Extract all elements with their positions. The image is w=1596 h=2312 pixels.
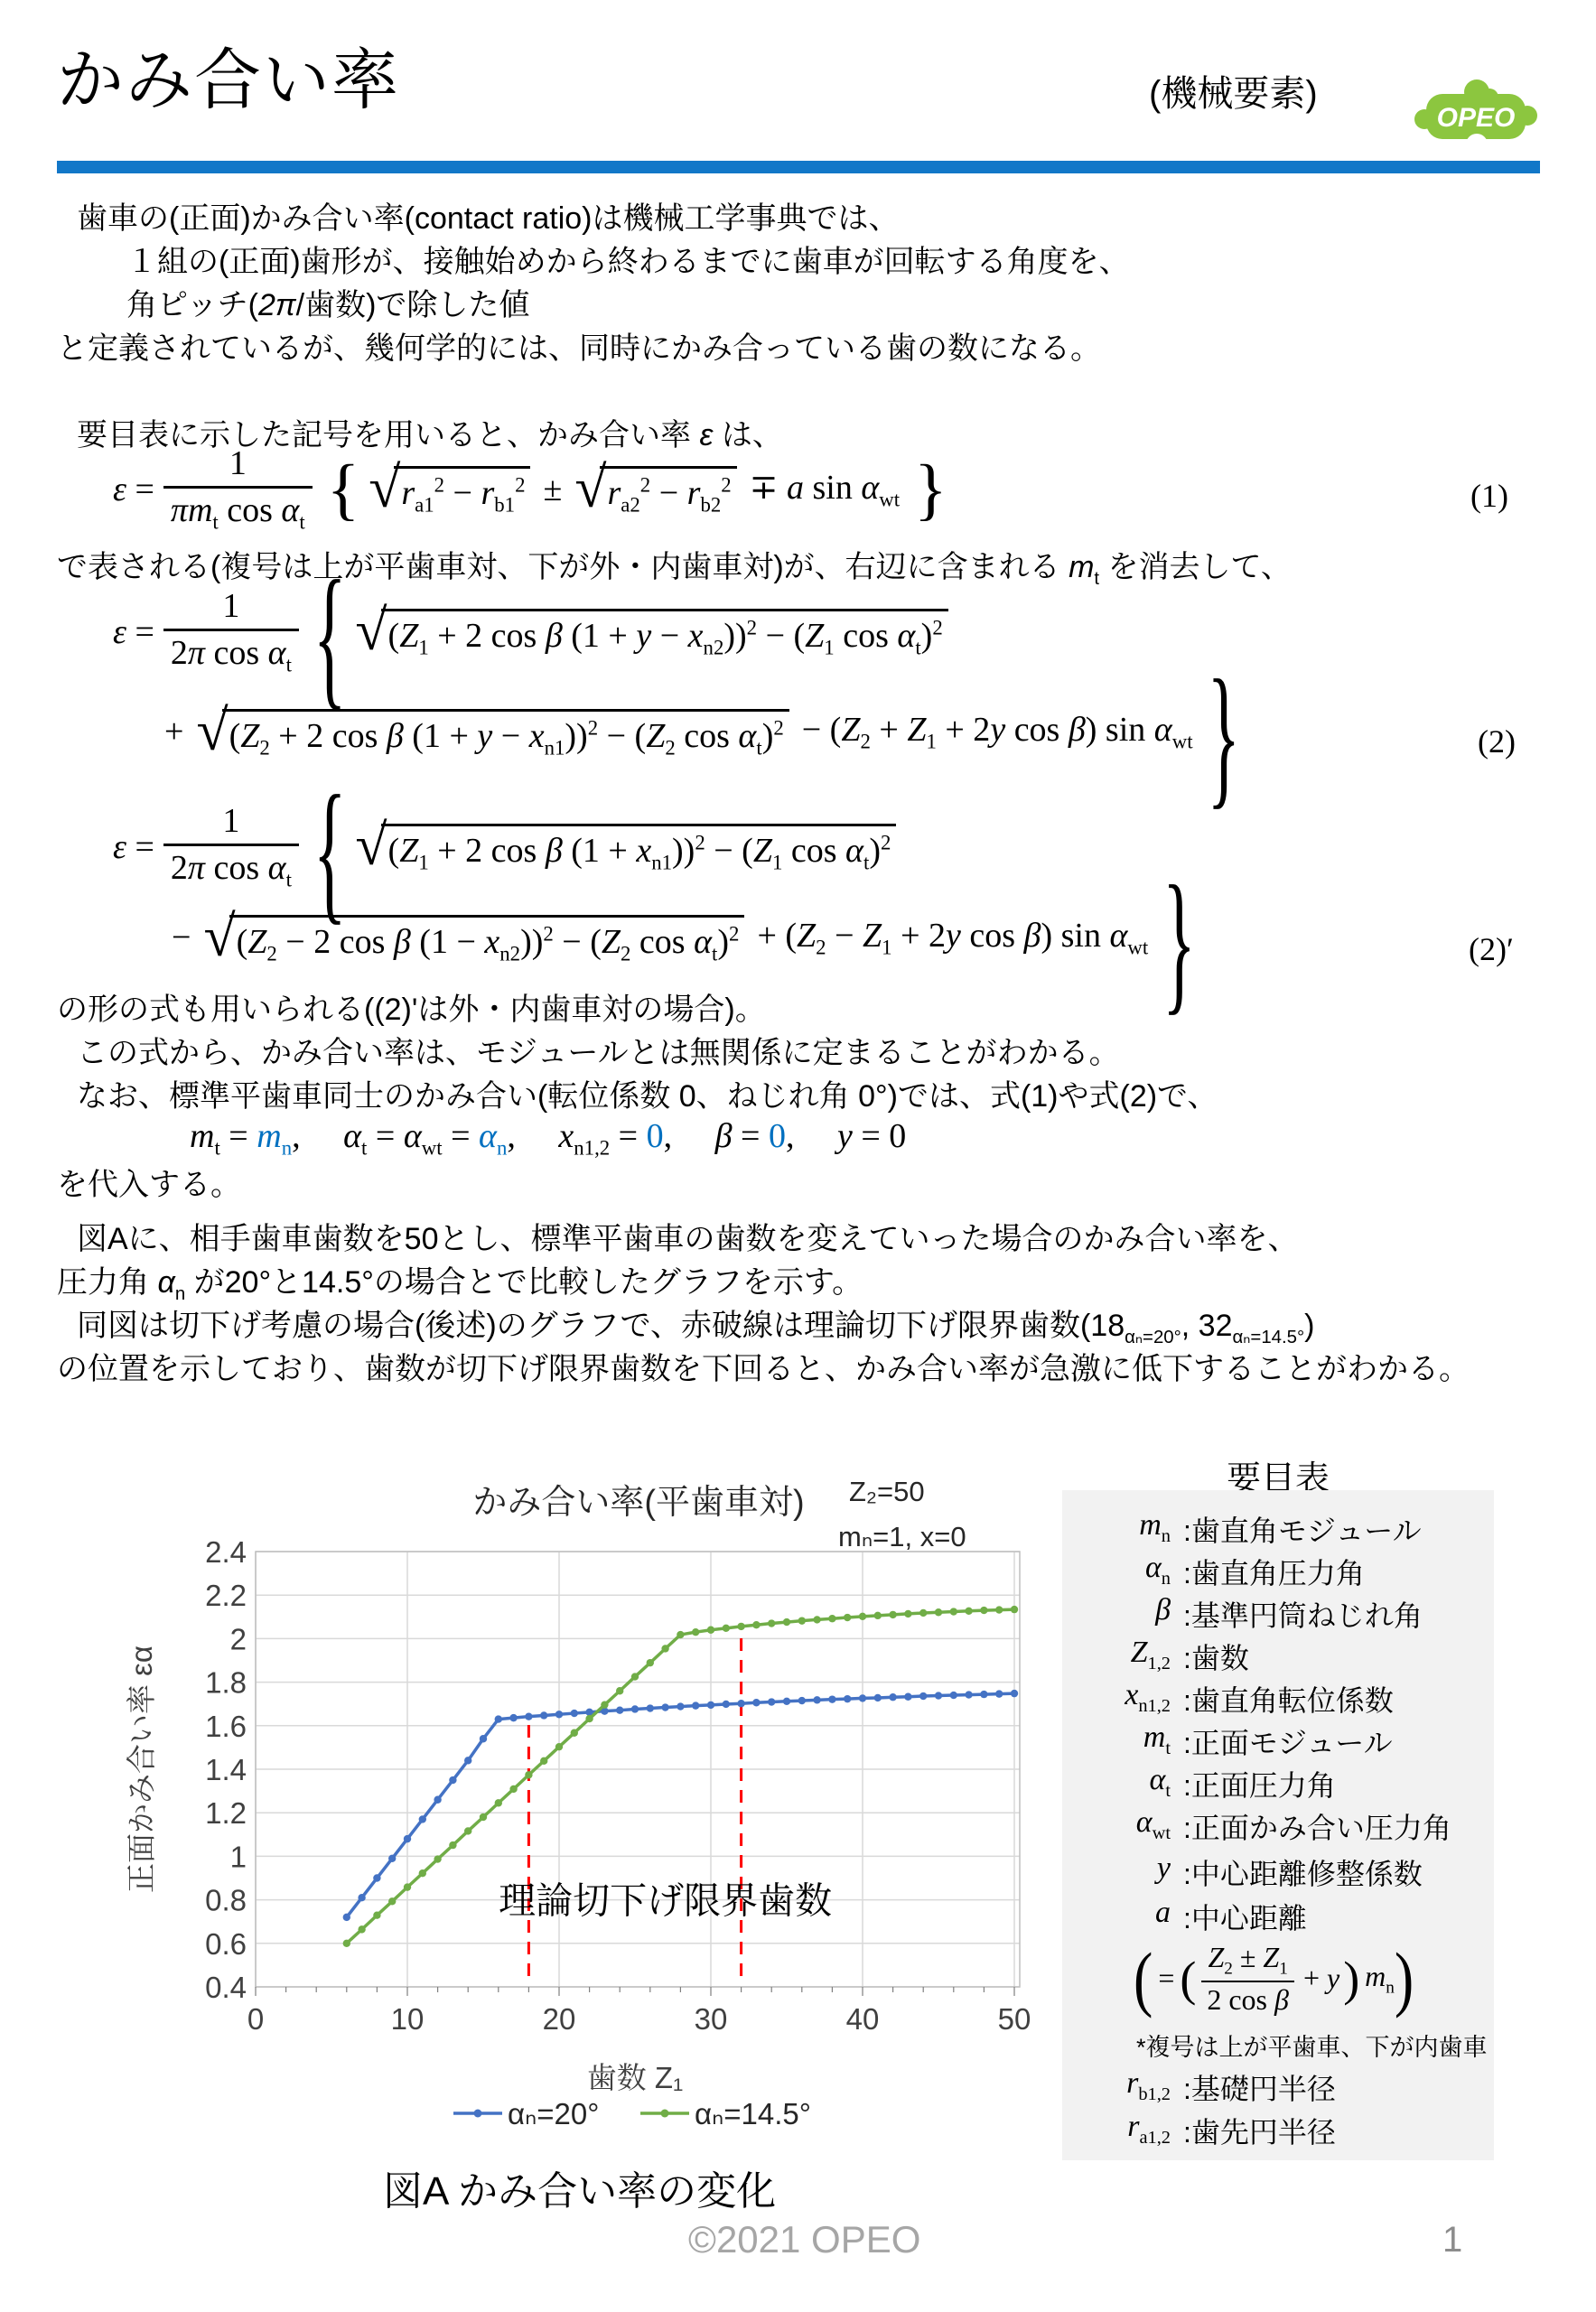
page-number: 1 <box>1442 2220 1462 2261</box>
spec-table-row: rb1,2:基礎円半径 <box>1075 2066 1336 2108</box>
spec-description: :歯直角転位係数 <box>1183 1678 1394 1720</box>
spec-description: :正面かみ合い圧力角 <box>1183 1805 1451 1847</box>
equation-1-number: (1) <box>1470 477 1508 515</box>
intro-line-3: 角ピッチ(2π/歯数)で除した値 <box>126 287 529 324</box>
figA-para-line1: 図Aに、相手歯車歯数を50とし、標準平歯車の歯数を変えていった場合のかみ合い率を… <box>77 1221 1299 1258</box>
svg-text:2.2: 2.2 <box>205 1579 247 1612</box>
spec-description: :基礎円半径 <box>1183 2066 1336 2108</box>
svg-text:50: 50 <box>998 2002 1031 2036</box>
spec-description: :中心距離 <box>1183 1896 1307 1937</box>
spec-description: :正面圧力角 <box>1183 1763 1336 1804</box>
spec-symbol: xn1,2 <box>1075 1678 1183 1717</box>
copyright-text: ©2021 OPEO <box>688 2218 920 2261</box>
spec-symbol: y <box>1075 1851 1183 1886</box>
equation-2p-line1: ε = 12π cos αt { √(Z1 + 2 cos β (1 + xn1… <box>113 802 900 891</box>
equation-2-number: (2) <box>1478 722 1516 760</box>
svg-text:20: 20 <box>543 2002 576 2036</box>
spec-table-row: ra1,2:歯先円半径 <box>1075 2110 1336 2151</box>
intro-line-1: 歯車の(正面)かみ合い率(contact ratio)は機械工学事典では、 <box>77 200 900 238</box>
document-page: かみ合い率 (機械要素) OPEO 歯車の(正面)かみ合い率(contact r… <box>0 0 1596 2312</box>
spec-description: :歯数 <box>1183 1636 1249 1677</box>
spec-table-row: αwt:正面かみ合い圧力角 <box>1075 1805 1451 1847</box>
page-subtitle: (機械要素) <box>1149 65 1318 117</box>
spec-description: :正面モジュール <box>1183 1720 1393 1762</box>
subst-after-text: を代入する。 <box>57 1167 241 1204</box>
svg-text:0.4: 0.4 <box>205 1971 247 2004</box>
intro-line-4: と定義されているが、幾何学的には、同時にかみ合っている歯の数になる。 <box>57 331 1101 368</box>
spec-description: :歯直角圧力角 <box>1183 1551 1365 1592</box>
spec-table-row: mn:歯直角モジュール <box>1075 1508 1422 1550</box>
figA-para-line4: の位置を示しており、歯数が切下げ限界歯数を下回ると、かみ合い率が急激に低下するこ… <box>57 1351 1470 1388</box>
spec-symbol: Z1,2 <box>1075 1636 1183 1674</box>
spec-table-row: αt:正面圧力角 <box>1075 1763 1336 1804</box>
chart-title: かみ合い率(平歯車対) <box>472 1484 804 1522</box>
svg-text:1.4: 1.4 <box>205 1753 247 1786</box>
svg-text:40: 40 <box>846 2002 880 2036</box>
spec-symbol: αwt <box>1075 1805 1183 1844</box>
spec-symbol: αn <box>1075 1551 1183 1589</box>
svg-text:0: 0 <box>247 2002 264 2036</box>
svg-text:αₙ=20°: αₙ=20° <box>508 2097 599 2130</box>
spec-symbol: ra1,2 <box>1075 2110 1183 2149</box>
spec-description: :歯先円半径 <box>1183 2110 1336 2151</box>
equation-2p-number: (2)′ <box>1469 930 1514 968</box>
spec-description: :中心距離修整係数 <box>1183 1851 1423 1893</box>
svg-text:1: 1 <box>230 1840 247 1873</box>
x-tick-labels: 01020304050 <box>247 2002 1031 2036</box>
spec-symbol: αt <box>1075 1763 1183 1802</box>
spec-description: :基準円筒ねじれ角 <box>1183 1593 1423 1635</box>
svg-text:0.6: 0.6 <box>205 1927 247 1961</box>
svg-text:0.8: 0.8 <box>205 1884 247 1917</box>
after-eq1-text: で表される(複号は上が平歯車対、下が外・内歯車対)が、右辺に含まれる mt を消… <box>57 549 1292 590</box>
spec-symbol: a <box>1075 1896 1183 1930</box>
svg-text:1.6: 1.6 <box>205 1710 247 1743</box>
spec-symbol: rb1,2 <box>1075 2066 1183 2105</box>
svg-text:10: 10 <box>391 2002 425 2036</box>
substitution-line: mt = mn, αt = αwt = αn, xn1,2 = 0, β = 0… <box>190 1116 906 1161</box>
equation-1: ε = 1πmt cos αt { √ra12 − rb12 ± √ra22 −… <box>113 444 953 534</box>
figure-caption: 図A かみ合い率の変化 <box>383 2158 776 2216</box>
logo-text: OPEO <box>1437 103 1516 133</box>
spec-table-row: a:中心距離 <box>1075 1896 1307 1937</box>
note2-text: この式から、かみ合い率は、モジュールとは無関係に定まることがわかる。 <box>77 1035 1120 1072</box>
x-axis-ticks <box>256 1987 1014 1996</box>
svg-text:2.4: 2.4 <box>205 1535 247 1569</box>
figA-para-line3: 同図は切下げ考慮の場合(後述)のグラフで、赤破線は理論切下げ限界歯数(18αₙ=… <box>77 1308 1315 1348</box>
y-tick-labels: 0.40.60.811.21.41.61.822.22.4 <box>205 1535 247 2004</box>
chart-legend: αₙ=20°αₙ=14.5° <box>453 2097 811 2130</box>
center-distance-formula: ( = ( Z2 ± Z12 cos β + y ) mn ) <box>1134 1942 1414 2016</box>
spec-table-row: αn:歯直角圧力角 <box>1075 1551 1365 1592</box>
spec-table-row: xn1,2:歯直角転位係数 <box>1075 1678 1394 1720</box>
spec-table-row: mt:正面モジュール <box>1075 1720 1393 1762</box>
page-title: かみ合い率 <box>57 27 400 123</box>
note3-text: なお、標準平歯車同士のかみ合い(転位係数 0、ねじれ角 0°)では、式(1)や式… <box>77 1078 1218 1115</box>
equation-2-line2: + √(Z2 + 2 cos β (1 + y − xn1))2 − (Z2 c… <box>155 697 1246 766</box>
title-divider <box>57 161 1540 173</box>
opeo-logo: OPEO <box>1412 72 1540 150</box>
svg-text:1.8: 1.8 <box>205 1666 247 1700</box>
spec-table-row: β:基準円筒ねじれ角 <box>1075 1593 1423 1635</box>
equation-2p-line2: − √(Z2 − 2 cos β (1 − xn2))2 − (Z2 cos α… <box>163 903 1201 972</box>
figA-para-line2: 圧力角 αn が20°と14.5°の場合とで比較したグラフを示す。 <box>57 1264 863 1305</box>
spec-symbol: β <box>1075 1593 1183 1627</box>
spec-symbol: mn <box>1075 1508 1183 1547</box>
contact-ratio-chart: 010203040500.40.60.811.21.41.61.822.22.4… <box>54 1456 1070 2169</box>
after-eq2p-text: の形の式も用いられる((2)'は外・内歯車対の場合)。 <box>57 992 766 1029</box>
intro-line-2: １組の(正面)歯形が、接触始めから終わるまでに歯車が回転する角度を、 <box>126 244 1130 281</box>
svg-text:αₙ=14.5°: αₙ=14.5° <box>695 2097 811 2130</box>
spec-table-row: y:中心距離修整係数 <box>1075 1851 1423 1893</box>
spec-table-row: Z1,2:歯数 <box>1075 1636 1249 1677</box>
svg-text:1.2: 1.2 <box>205 1796 247 1830</box>
svg-text:30: 30 <box>695 2002 728 2036</box>
chart-annotation-z2: Z₂=50 <box>849 1476 925 1507</box>
x-axis-title: 歯数 Z₁ <box>587 2061 683 2094</box>
y-axis-title: 正面かみ合い率 εα <box>125 1645 158 1893</box>
chart-annotation-mn: mₙ=1, x=0 <box>838 1521 966 1552</box>
equation-2-line1: ε = 12π cos αt { √(Z1 + 2 cos β (1 + y −… <box>113 587 952 676</box>
svg-text:2: 2 <box>230 1622 247 1655</box>
undercut-limit-label: 理論切下げ限界歯数 <box>499 1880 832 1922</box>
spec-table-note: *複号は上が平歯車、下が内歯車 <box>1136 2028 1488 2063</box>
spec-description: :歯直角モジュール <box>1183 1508 1422 1550</box>
spec-symbol: mt <box>1075 1720 1183 1759</box>
